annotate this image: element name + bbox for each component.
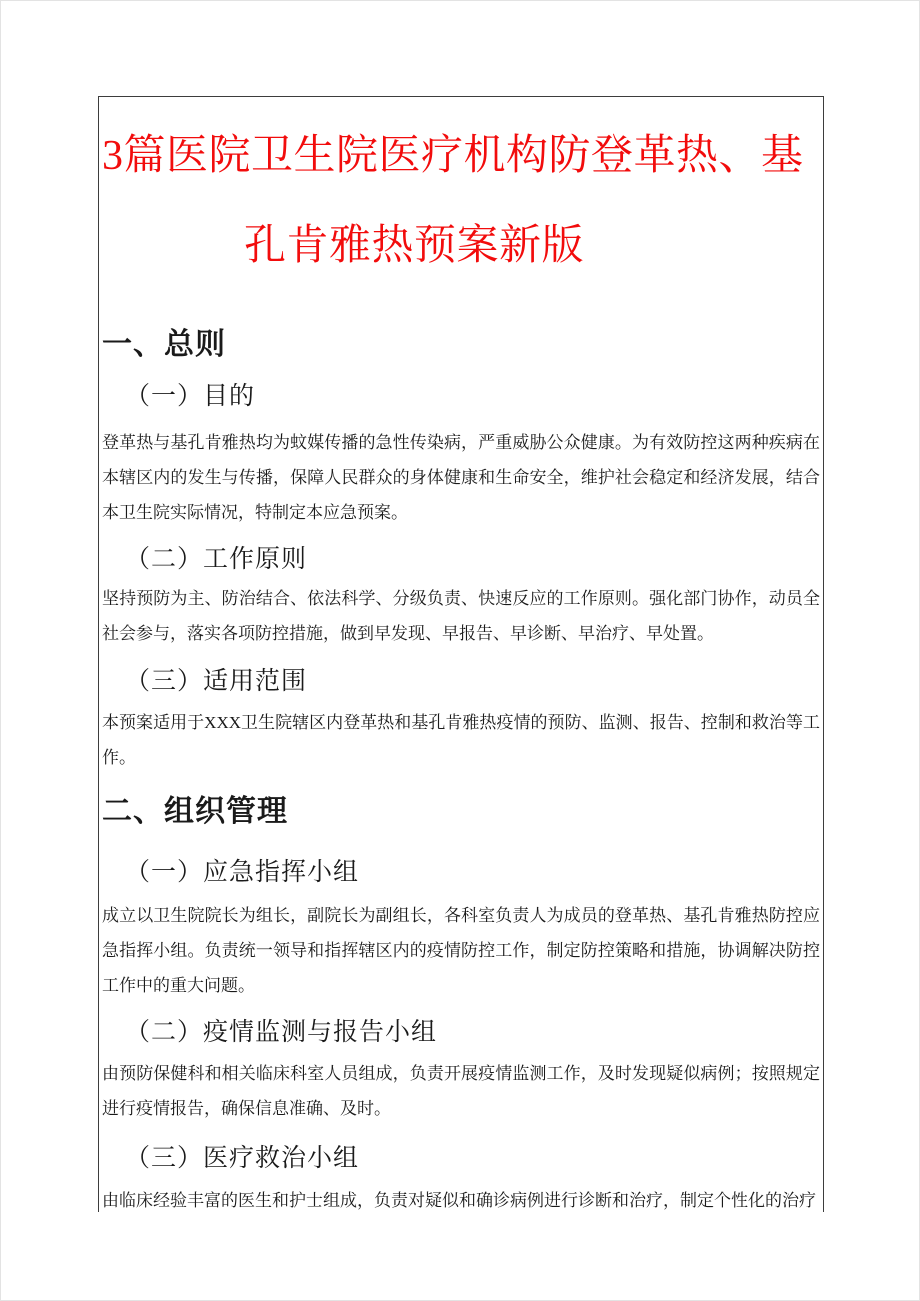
section-1-sub-3: （三）适用范围 bbox=[125, 667, 820, 696]
section-1-sub-2: （二）工作原则 bbox=[125, 545, 820, 574]
document-viewer-canvas: { "document": { "title_lines": [ "3篇医院卫生… bbox=[0, 0, 920, 1301]
section-1-paragraph-2: 坚持预防为主、防治结合、依法科学、分级负责、快速反应的工作原则。强化部门协作，动… bbox=[102, 581, 820, 651]
section-2-sub-2: （二）疫情监测与报告小组 bbox=[125, 1018, 820, 1047]
section-2-paragraph-2: 由预防保健科和相关临床科室人员组成，负责开展疫情监测工作，及时发现疑似病例；按照… bbox=[102, 1056, 820, 1126]
section-2-sub-1: （一）应急指挥小组 bbox=[125, 858, 820, 887]
section-2-paragraph-1: 成立以卫生院院长为组长，副院长为副组长，各科室负责人为成员的登革热、基孔肯雅热防… bbox=[102, 898, 820, 1003]
section-2-sub-3: （三）医疗救治小组 bbox=[125, 1144, 820, 1173]
section-1-heading: 一、总则 bbox=[102, 328, 820, 362]
section-1-sub-1: （一）目的 bbox=[125, 382, 820, 411]
title-line-2: 孔肯雅热预案新版 bbox=[244, 201, 820, 291]
section-1-paragraph-1: 登革热与基孔肯雅热均为蚊媒传播的急性传染病，严重威胁公众健康。为有效防控这两种疾… bbox=[102, 425, 820, 530]
title-line-1: 3篇医院卫生院医疗机构防登革热、基 bbox=[102, 111, 820, 201]
page-frame: 3篇医院卫生院医疗机构防登革热、基 孔肯雅热预案新版 一、总则 （一）目的 登革… bbox=[98, 96, 824, 1212]
section-2-paragraph-3: 由临床经验丰富的医生和护士组成，负责对疑似和确诊病例进行诊断和治疗，制定个性化的… bbox=[102, 1183, 820, 1212]
section-2-heading: 二、组织管理 bbox=[102, 795, 820, 829]
document-title: 3篇医院卫生院医疗机构防登革热、基 孔肯雅热预案新版 bbox=[102, 111, 820, 291]
section-1-paragraph-3: 本预案适用于XXX卫生院辖区内登革热和基孔肯雅热疫情的预防、监测、报告、控制和救… bbox=[102, 705, 820, 775]
